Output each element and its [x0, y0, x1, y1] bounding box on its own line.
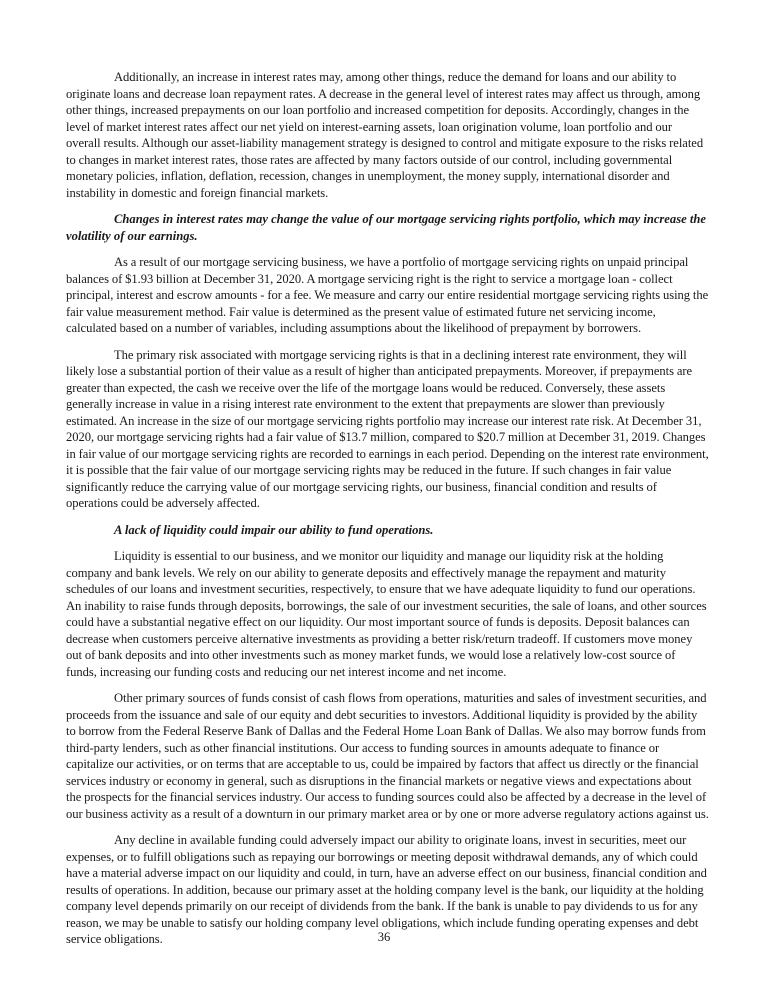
- paragraph-msr-portfolio: As a result of our mortgage servicing bu…: [66, 254, 709, 337]
- document-page: Additionally, an increase in interest ra…: [66, 69, 709, 958]
- paragraph-msr-primary-risk: The primary risk associated with mortgag…: [66, 347, 709, 512]
- paragraph-liquidity-essential: Liquidity is essential to our business, …: [66, 548, 709, 680]
- heading-liquidity-risk: A lack of liquidity could impair our abi…: [66, 522, 709, 539]
- paragraph-interest-rate-effects: Additionally, an increase in interest ra…: [66, 69, 709, 201]
- paragraph-other-funding-sources: Other primary sources of funds consist o…: [66, 690, 709, 822]
- page-number: 36: [0, 929, 768, 945]
- heading-mortgage-servicing-rights-risk: Changes in interest rates may change the…: [66, 211, 709, 244]
